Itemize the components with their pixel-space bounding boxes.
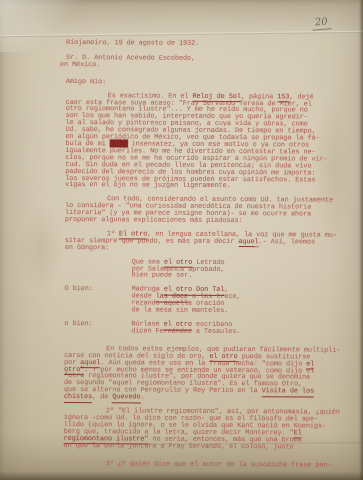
block-lines: Madruga el otro Don Tal,desde las doce a… (131, 287, 354, 316)
text-segment: , de (92, 393, 112, 401)
text-segment: .- Así, leemos (258, 238, 315, 246)
paper-edge-shadow (0, 471, 363, 480)
letter-body: Es exactísimo. En el Reloj de Sol, págin… (63, 93, 355, 470)
underlined-text: Quevedo (112, 393, 140, 403)
quote-label: O bien: (64, 286, 92, 293)
page-number: 20 (312, 16, 332, 31)
underlined-text: aquel (238, 238, 258, 248)
text-segment: vigas en el ojo no se juzgan ligeramente… (65, 181, 230, 190)
letter-line: proponer algunas explicaciones más piado… (65, 217, 355, 226)
letter-labeled-quote: o bien:Búrlase el otro escribanodicen Fe… (64, 321, 354, 337)
letter-paragraph: 2º "El ilustre regiomontano", así, por a… (63, 408, 353, 451)
letter-line: en que la burla juntara a Fray Servando,… (63, 443, 353, 452)
text-segment: proponer algunas explicaciones más piado… (65, 216, 243, 225)
text-segment: dicen Fernández a Tesaules. (131, 327, 240, 336)
text-segment: bien puede ser. (132, 272, 193, 280)
recipient-block: Sr. D. Antonio Acevedo Escobedo, en Méxi… (66, 55, 356, 71)
letter-paragraph: 1º El otro, en lengua castellana, la voz… (65, 231, 355, 253)
letter-date: Ríojaneiro, 19 de agosto de 1932. (66, 40, 356, 49)
letter-line: de la mesa sin manteles. (131, 307, 354, 315)
underlined-text: chistes (64, 393, 92, 403)
block-lines: Búrlase el otro escribanodicen Fernández… (131, 321, 354, 336)
block-lines: 2º "El ilustre regiomontano", así, por a… (63, 408, 353, 451)
text-segment: en que la burla juntara a Fray Servando,… (63, 442, 293, 451)
block-lines: Con todo, considerando el asunto como Ud… (65, 196, 355, 225)
letter: Ríojaneiro, 19 de agosto de 1932. Sr. D.… (63, 40, 356, 469)
block-lines: En todos estos ejemplos, que pudieran fá… (64, 346, 354, 403)
block-lines: 1º El otro, en lengua castellana, la voz… (65, 231, 355, 253)
paper-edge-shadow (359, 0, 363, 480)
recipient-place: en México. (60, 62, 356, 71)
underlined-text: Visita de los (262, 387, 315, 397)
letter-paragraph: En todos estos ejemplos, que pudieran fá… (64, 346, 354, 403)
letter-paragraph: Es exactísimo. En el Reloj de Sol, págin… (65, 93, 356, 191)
block-lines: Que sea el otro Letradopor Salamanca apr… (132, 259, 355, 281)
paper-stain (18, 205, 64, 295)
letter-line: bien puede ser. (132, 273, 355, 281)
letter-paragraph: Con todo, considerando el asunto como Ud… (65, 196, 355, 225)
text-segment: en Góngora: (65, 244, 109, 252)
letter-line: dicen Fernández a Tesaules. (131, 328, 354, 336)
letter-quote: Que sea el otro Letradopor Salamanca apr… (65, 259, 355, 281)
text-segment: 3º ¿Y quién dice que el autor de la suso… (105, 460, 331, 469)
block-lines: Es exactísimo. En el Reloj de Sol, págin… (65, 93, 356, 191)
quote-label: o bien: (64, 321, 92, 328)
text-segment: de la mesa sin manteles. (131, 306, 228, 315)
salutation: Amigo mío: (66, 79, 356, 88)
letter-labeled-quote: O bien:Madruga el otro Don Tal,desde las… (64, 286, 354, 315)
text-segment: . (140, 394, 144, 402)
